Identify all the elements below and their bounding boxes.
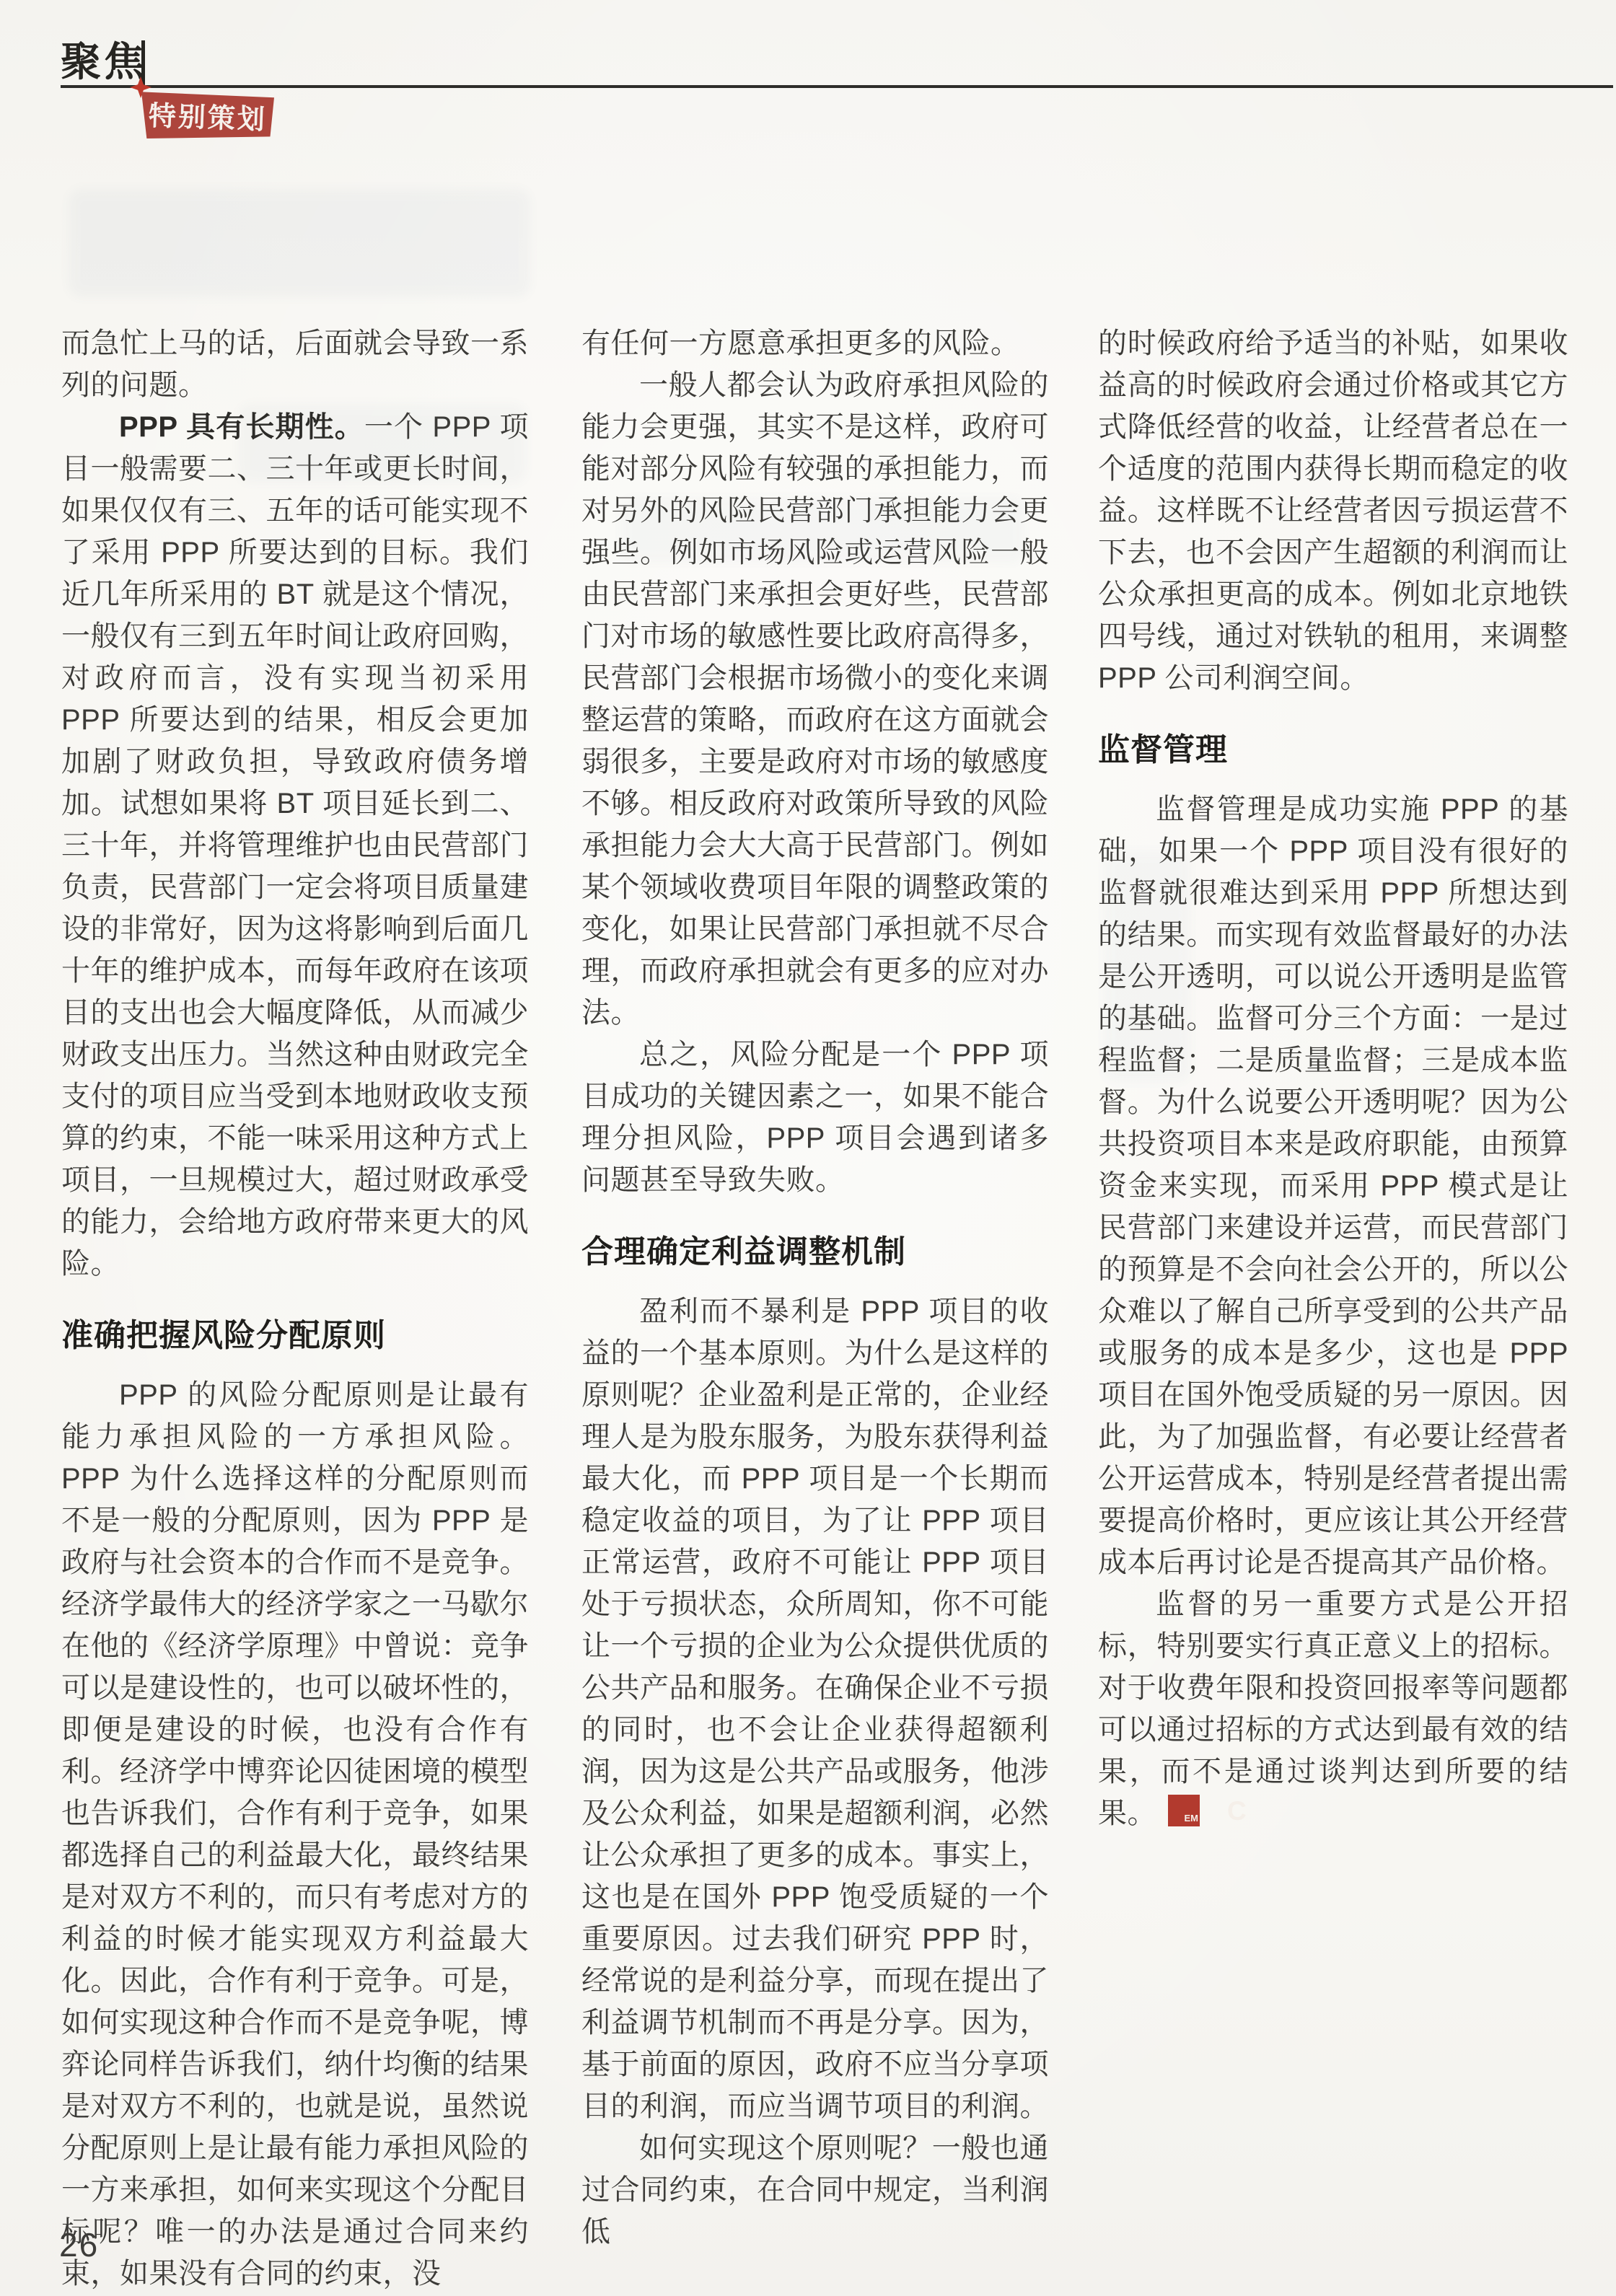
section-title: 聚焦 xyxy=(61,42,147,82)
subsection-heading: 合理确定利益调整机制 xyxy=(581,1231,1049,1273)
text-column-1: 而急忙上马的话，后面就会导致一系列的问题。 PPP 具有长期性。一个 PPP 项… xyxy=(61,322,529,2295)
body-paragraph: 监督的另一重要方式是公开招标，特别要实行真正意义上的招标。对于收费年限和投资回报… xyxy=(1098,1583,1568,1834)
body-paragraph: 的时候政府给予适当的补贴，如果收益高的时候政府会通过价格或其它方式降低经营的收益… xyxy=(1098,322,1568,699)
body-paragraph: 有任何一方愿意承担更多的风险。 xyxy=(581,322,1049,364)
article-end-mark-icon: CEM xyxy=(1168,1795,1200,1826)
body-paragraph: 盈利而不暴利是 PPP 项目的收益的一个基本原则。为什么是这样的原则呢？企业盈利… xyxy=(581,1290,1049,2127)
text-column-2: 有任何一方愿意承担更多的风险。 一般人都会认为政府承担风险的能力会更强，其实不是… xyxy=(581,322,1049,2253)
body-paragraph: PPP 的风险分配原则是让最有能力承担风险的一方承担风险。PPP 为什么选择这样… xyxy=(61,1374,529,2295)
special-feature-tag-label: 特别策划 xyxy=(148,93,268,137)
body-paragraph: 监督管理是成功实施 PPP 的基础，如果一个 PPP 项目没有很好的监督就很难达… xyxy=(1098,788,1568,1583)
subsection-heading: 准确把握风险分配原则 xyxy=(61,1315,529,1357)
body-paragraph: 总之，风险分配是一个 PPP 项目成功的关键因素之一，如果不能合理分担风险，PP… xyxy=(581,1034,1049,1201)
paragraph-text: 一个 PPP 项目一般需要二、三十年或更长时间，如果仅仅有三、五年的话可能实现不… xyxy=(61,411,529,1280)
special-feature-tag: 特别策划 xyxy=(141,91,274,138)
body-paragraph: 一般人都会认为政府承担风险的能力会更强，其实不是这样，政府可能对部分风险有较强的… xyxy=(581,364,1049,1034)
body-paragraph: 如何实现这个原则呢？一般也通过合同约束，在合同中规定，当利润低 xyxy=(581,2127,1049,2253)
subsection-heading: 监督管理 xyxy=(1098,729,1568,771)
section-title-divider xyxy=(141,40,145,87)
paragraph-text: 监督的另一重要方式是公开招标，特别要实行真正意义上的招标。对于收费年限和投资回报… xyxy=(1098,1588,1568,1829)
body-paragraph: PPP 具有长期性。一个 PPP 项目一般需要二、三十年或更长时间，如果仅仅有三… xyxy=(61,406,529,1285)
showthrough-ghost xyxy=(69,189,530,297)
body-paragraph: 而急忙上马的话，后面就会导致一系列的问题。 xyxy=(61,322,529,406)
text-column-3: 的时候政府给予适当的补贴，如果收益高的时候政府会通过价格或其它方式降低经营的收益… xyxy=(1098,322,1568,1834)
magazine-page: 聚焦 特别策划 而急忙上马的话，后面就会导致一系列的问题。 PPP 具有长期性。… xyxy=(0,0,1616,2296)
header-rule xyxy=(61,85,1613,88)
page-number: 26 xyxy=(59,2225,99,2264)
paragraph-lead: PPP 具有长期性。 xyxy=(119,411,364,443)
